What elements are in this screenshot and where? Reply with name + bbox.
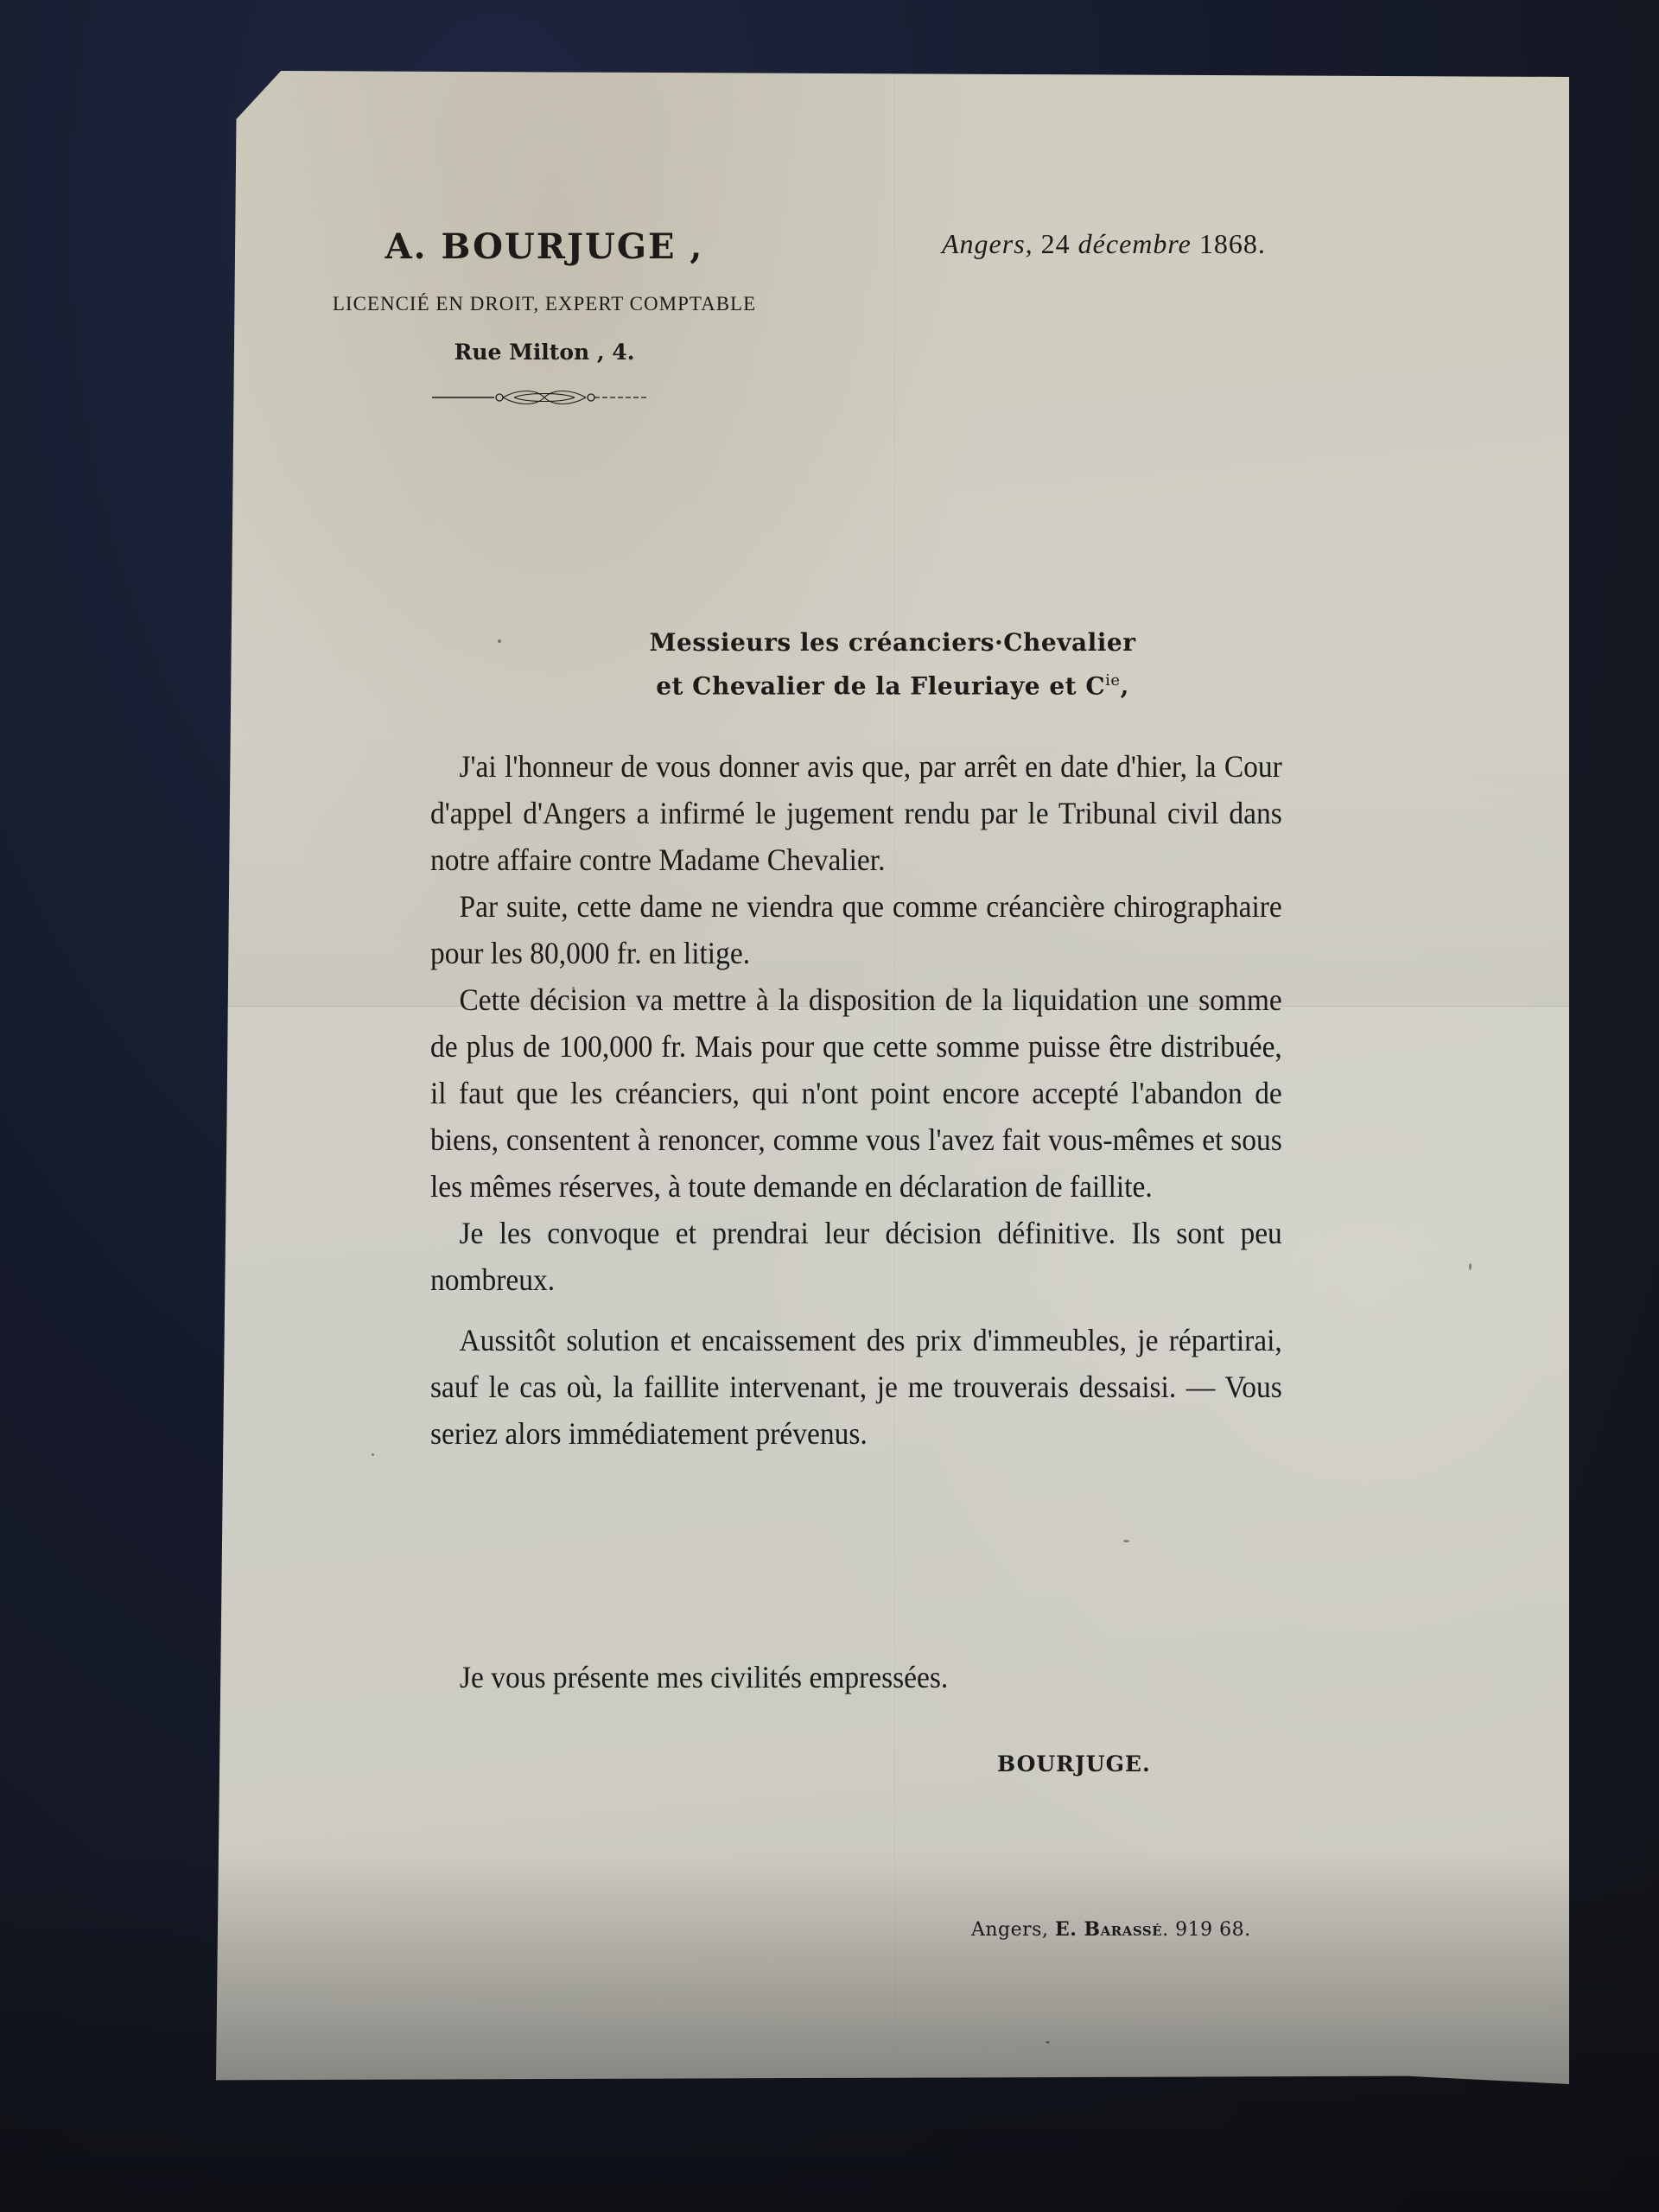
date-place: Angers, bbox=[942, 228, 1033, 259]
ornament-rule-icon bbox=[432, 389, 657, 406]
printer-imprint: Angers, E. Barassé. 919 68. bbox=[971, 1918, 1251, 1941]
imprint-place: Angers, bbox=[971, 1919, 1048, 1941]
paragraph: J'ai l'honneur de vous donner avis que, … bbox=[430, 743, 1282, 883]
letter-body: J'ai l'honneur de vous donner avis que, … bbox=[430, 743, 1282, 1457]
salutation-line-1: Messieurs les créanciers·Chevalier bbox=[216, 624, 1569, 662]
salutation-line-2: et Chevalier de la Fleuriaye et Cie, bbox=[216, 662, 1569, 705]
sender-title: LICENCIÉ EN DROIT, EXPERT COMPTABLE bbox=[311, 293, 778, 315]
closing-line: Je vous présente mes civilités empressée… bbox=[460, 1659, 948, 1695]
salutation: Messieurs les créanciers·Chevalier et Ch… bbox=[216, 624, 1569, 705]
imprint-printer: E. Barassé bbox=[1055, 1918, 1162, 1941]
sender-name: A. BOURJUGE , bbox=[311, 226, 778, 267]
imprint-number: . 919 68. bbox=[1162, 1919, 1250, 1941]
paragraph: Cette décision va mettre à la dispositio… bbox=[430, 976, 1282, 1210]
paragraph: Je les convoque et prendrai leur décisio… bbox=[430, 1210, 1282, 1303]
dateline: Angers, 24 décembre 1868. bbox=[942, 228, 1266, 260]
date-day: 24 bbox=[1041, 228, 1071, 259]
date-month: décembre bbox=[1078, 228, 1192, 259]
signature: BOURJUGE. bbox=[997, 1751, 1151, 1777]
sender-address: Rue Milton , 4. bbox=[311, 340, 778, 365]
paragraph: Par suite, cette dame ne viendra que com… bbox=[430, 883, 1282, 976]
letterhead: A. BOURJUGE , LICENCIÉ EN DROIT, EXPERT … bbox=[311, 226, 778, 410]
paragraph: Aussitôt solution et encaissement des pr… bbox=[430, 1317, 1282, 1457]
date-year: 1868. bbox=[1199, 228, 1266, 259]
letter-sheet: A. BOURJUGE , LICENCIÉ EN DROIT, EXPERT … bbox=[216, 71, 1569, 2084]
